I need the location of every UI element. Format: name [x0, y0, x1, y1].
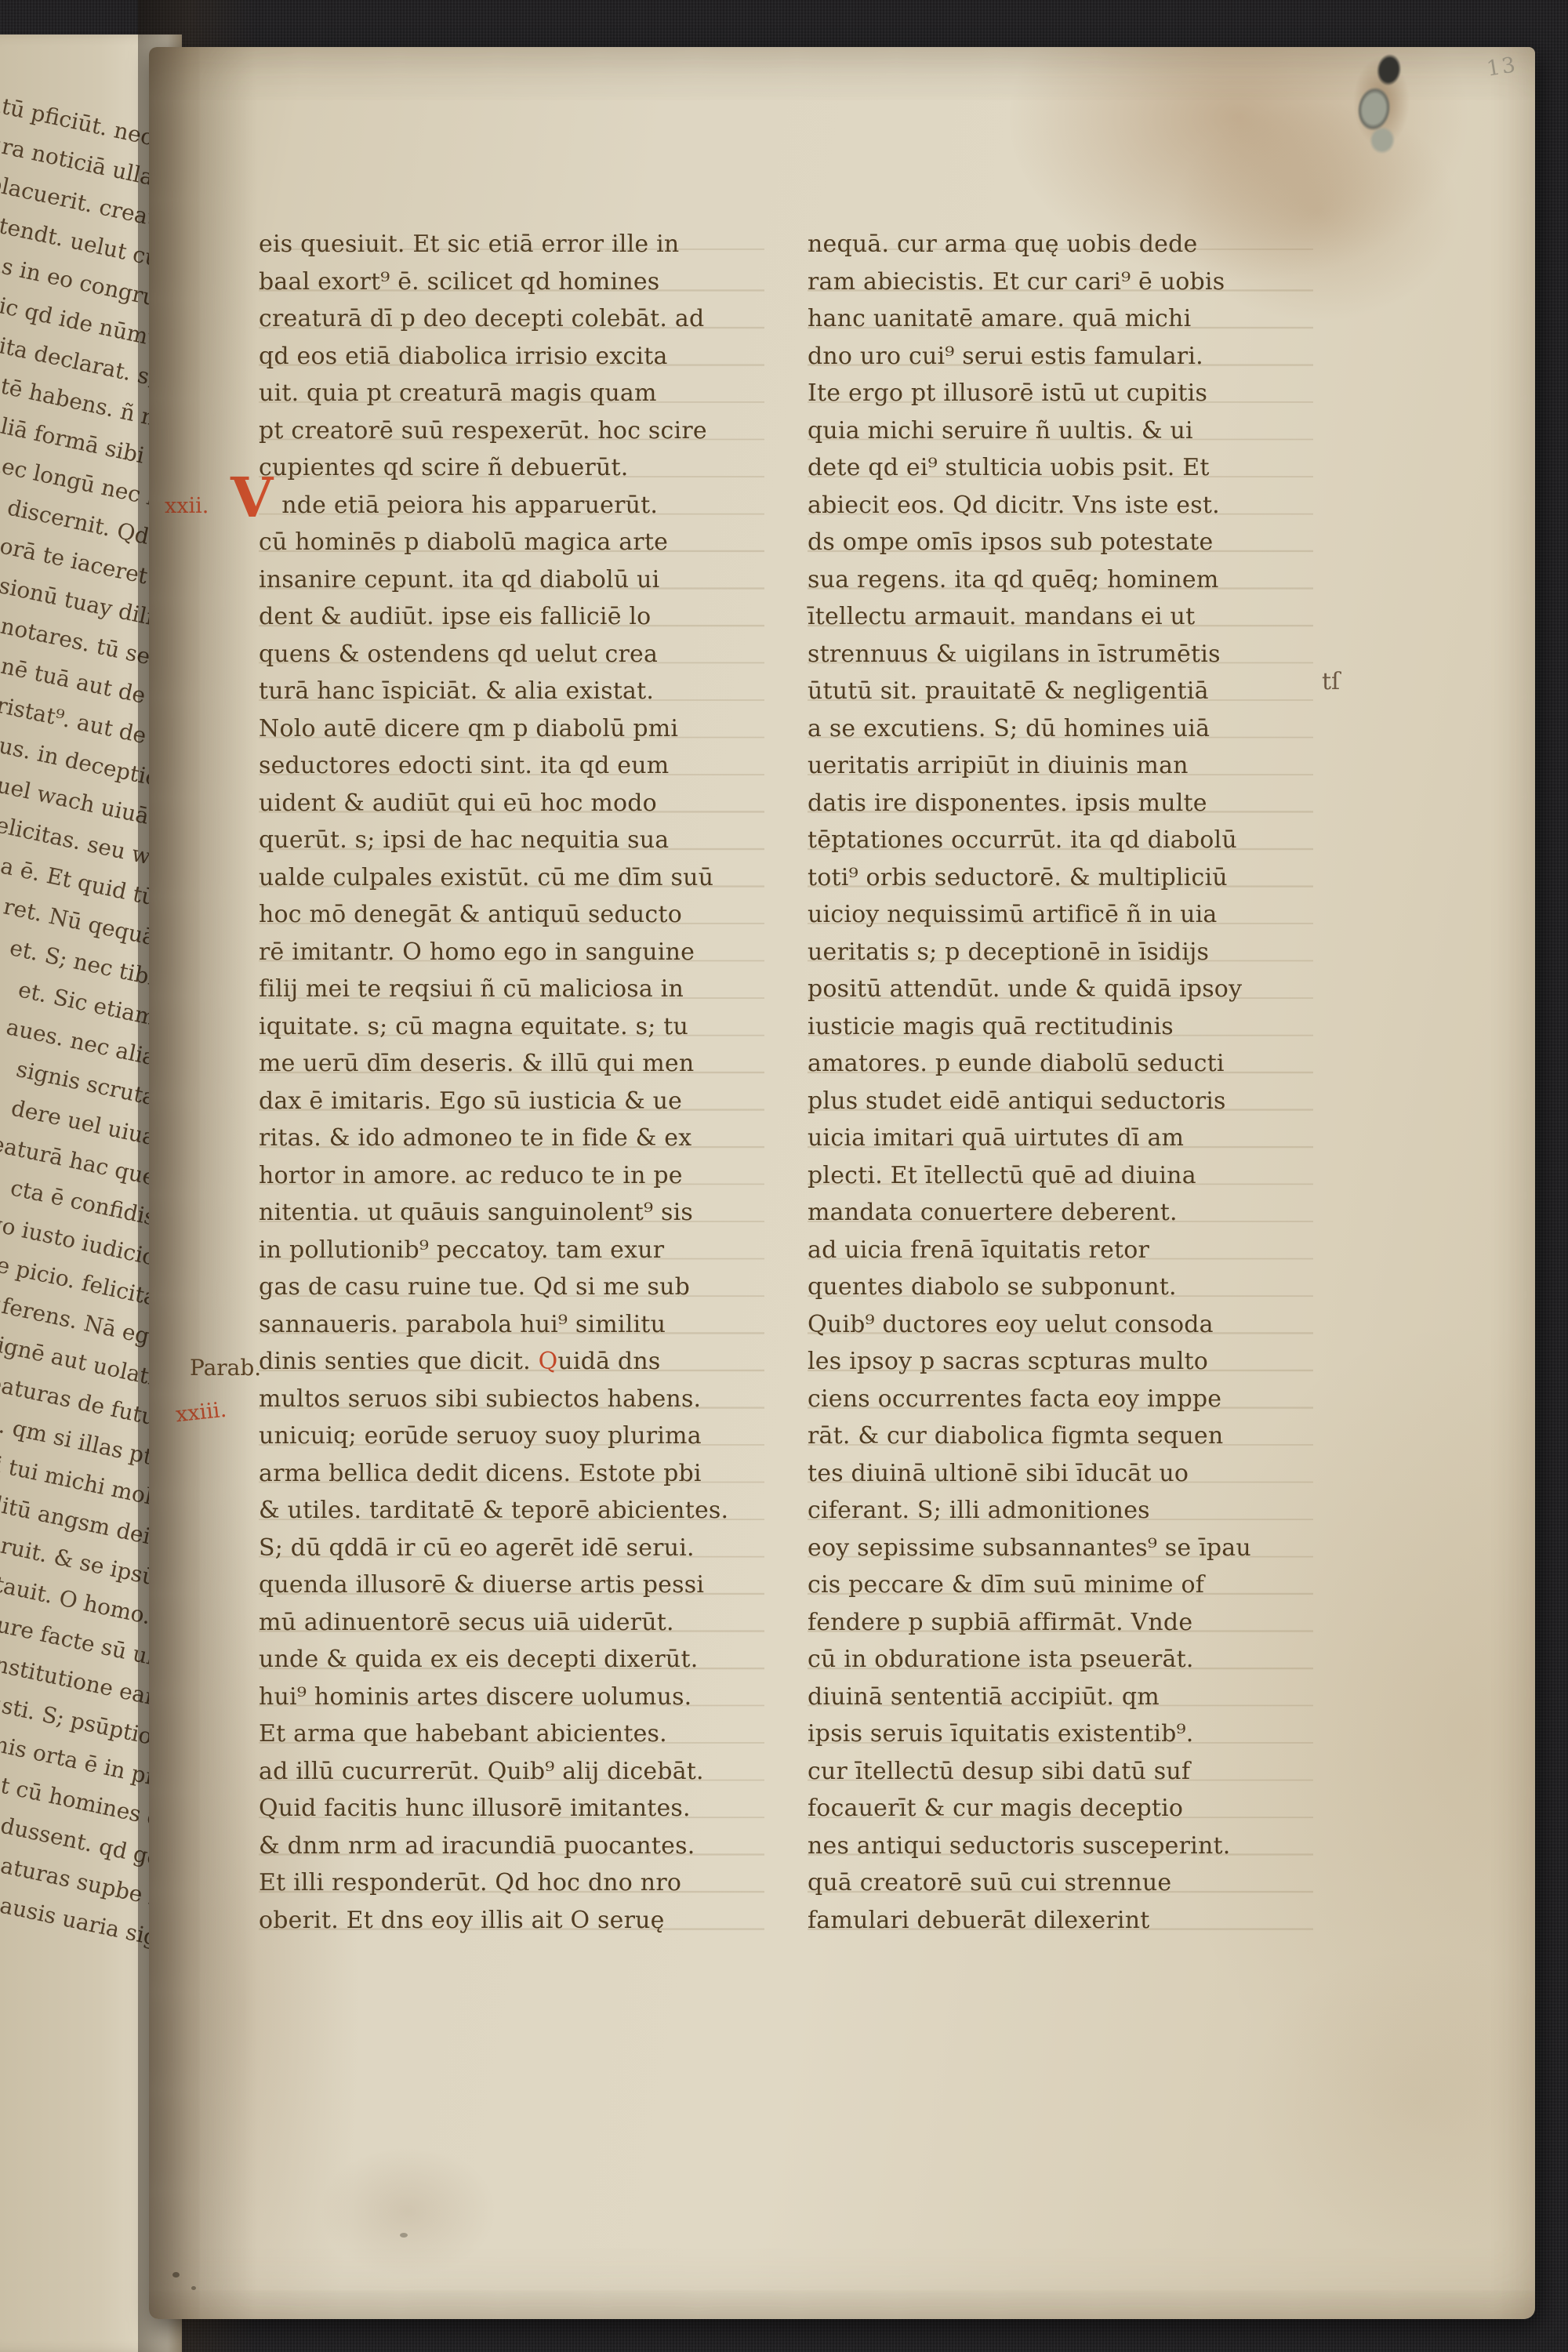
text-line: positū attendūt. unde & quidā ipsoy — [808, 971, 1313, 1008]
text-line: hortor in amore. ac reduco te in pe — [259, 1157, 764, 1195]
text-line: strennuus & uigilans in īstrumētis — [808, 636, 1313, 673]
text-line: S; dū qddā ir cū eo agerēt idē serui. — [259, 1530, 764, 1567]
text-line: dete qd ei⁹ stulticia uobis psit. Et — [808, 449, 1313, 487]
text-line: sannaueris. parabola hui⁹ similitu — [259, 1306, 764, 1344]
text-line: les ipsoy p sacras scpturas multo — [808, 1343, 1313, 1381]
text-line: insanire cepunt. ita qd diabolū ui — [259, 561, 764, 599]
text-line: & utiles. tarditatē & teporē abicientes. — [259, 1492, 764, 1530]
text-line: pt creatorē suū respexerūt. hoc scire — [259, 412, 764, 450]
text-line: seductores edocti sint. ita qd eum — [259, 747, 764, 785]
text-line: ad illū cucurrerūt. Quib⁹ alij dicebāt. — [259, 1753, 764, 1791]
text-line: unde & quida ex eis decepti dixerūt. — [259, 1641, 764, 1679]
text-line: dinis senties que dicit. Quidā dns — [259, 1343, 764, 1381]
text-line: uident & audiūt qui eū hoc modo — [259, 785, 764, 822]
text-line: iusticie magis quā rectitudinis — [808, 1008, 1313, 1046]
text-line: amatores. p eunde diabolū seducti — [808, 1045, 1313, 1083]
text-line: gas de casu ruine tue. Qd si me sub — [259, 1269, 764, 1306]
ink-speck — [172, 2272, 180, 2278]
text-line: ciferant. S; illi admonitiones — [808, 1492, 1313, 1530]
text-line: creaturā dī p deo decepti colebāt. ad — [259, 300, 764, 338]
text-line: quā creatorē suū cui strennue — [808, 1864, 1313, 1902]
text-line: uit. quia pt creaturā magis quam — [259, 375, 764, 412]
text-line: plecti. Et ītellectū quē ad diuina — [808, 1157, 1313, 1195]
text-line: uicia imitari quā uirtutes dī am — [808, 1120, 1313, 1157]
text-line: qd eos etiā diabolica irrisio excita — [259, 338, 764, 376]
text-line: ueritatis s; p deceptionē in īsidijs — [808, 934, 1313, 971]
text-line: hoc mō denegāt & antiquū seducto — [259, 896, 764, 934]
text-line: mandata conuertere deberent. — [808, 1194, 1313, 1232]
text-line: Quib⁹ ductores eoy uelut consoda — [808, 1306, 1313, 1344]
text-segment: uidā dns — [557, 1348, 660, 1375]
text-line: nde etiā peiora his apparuerūt. — [259, 487, 764, 524]
text-line: nitentia. ut quāuis sanguinolent⁹ sis — [259, 1194, 764, 1232]
text-line: hui⁹ hominis artes discere uolumus. — [259, 1679, 764, 1716]
text-line: a se excutiens. S; dū homines uiā — [808, 710, 1313, 748]
text-line: famulari debuerāt dilexerint — [808, 1902, 1313, 1940]
manuscript-page: 13 V xxii. Parab. xxiii. tſ eis quesiuit… — [149, 47, 1535, 2319]
text-line: ds ompe omīs ipsos sub potestate — [808, 524, 1313, 561]
text-line: multos seruos sibi subiectos habens. — [259, 1381, 764, 1418]
text-line: cupientes qd scire ñ debuerūt. — [259, 449, 764, 487]
text-line: diuinā sententiā accipiūt. qm — [808, 1679, 1313, 1716]
text-line: toti⁹ orbis seductorē. & multipliciū — [808, 859, 1313, 897]
text-line: nequā. cur arma quę uobis dede — [808, 226, 1313, 263]
margin-chapter-number-xxii: xxii. — [165, 494, 209, 518]
text-line: tes diuinā ultionē sibi īducāt uo — [808, 1455, 1313, 1493]
text-line: arma bellica dedit dicens. Estote pbi — [259, 1455, 764, 1493]
text-line: baal exort⁹ ē. scilicet qd homines — [259, 263, 764, 301]
text-line: Quid facitis hunc illusorē imitantes. — [259, 1790, 764, 1828]
text-line: & dnm nrm ad iracundiā puocantes. — [259, 1828, 764, 1865]
text-line: me uerū dīm deseris. & illū qui men — [259, 1045, 764, 1083]
text-line: ciens occurrentes facta eoy imppe — [808, 1381, 1313, 1418]
right-text-column: nequā. cur arma quę uobis dederam abieci… — [808, 226, 1313, 1943]
text-line: eis quesiuit. Et sic etiā error ille in — [259, 226, 764, 263]
text-line: cis peccare & dīm suū minime of — [808, 1566, 1313, 1604]
text-line: ūtutū sit. prauitatē & negligentiā — [808, 673, 1313, 710]
text-line: uicioy nequissimū artificē ñ in uia — [808, 896, 1313, 934]
text-line: Ite ergo pt illusorē istū ut cupitis — [808, 375, 1313, 412]
text-line: iquitate. s; cū magna equitate. s; tu — [259, 1008, 764, 1046]
text-line: quia michi seruire ñ uultis. & ui — [808, 412, 1313, 450]
text-line: quens & ostendens qd uelut crea — [259, 636, 764, 673]
rubric-initial: Q — [539, 1348, 558, 1375]
text-line: rē imitantr. O homo ego in sanguine — [259, 934, 764, 971]
text-line: cū in obduratione ista pseuerāt. — [808, 1641, 1313, 1679]
text-line: querūt. s; ipsi de hac nequitia sua — [259, 822, 764, 859]
text-line: unicuiq; eorūde seruoy suoy plurima — [259, 1417, 764, 1455]
text-line: cū hominēs p diabolū magica arte — [259, 524, 764, 561]
facing-page-text: ntū pficiūt. nec ulli⁹ rei inura noticiā… — [0, 121, 166, 1960]
manuscript-photo: ntū pficiūt. nec ulli⁹ rei inura noticiā… — [0, 0, 1568, 2352]
text-line: quentes diabolo se subponunt. — [808, 1269, 1313, 1306]
text-line: turā hanc īspiciāt. & alia existat. — [259, 673, 764, 710]
text-line: eoy sepissime subsannantes⁹ se īpau — [808, 1530, 1313, 1567]
text-line: oberit. Et dns eoy illis ait O seruę — [259, 1902, 764, 1940]
text-line: ītellectu armauit. mandans ei ut — [808, 598, 1313, 636]
text-line: ueritatis arripiūt in diuinis man — [808, 747, 1313, 785]
text-line: nes antiqui seductoris susceperint. — [808, 1828, 1313, 1865]
text-line: Et arma que habebant abicientes. — [259, 1715, 764, 1753]
text-line: tēptationes occurrūt. ita qd diabolū — [808, 822, 1313, 859]
text-line: ritas. & ido admoneo te in fide & ex — [259, 1120, 764, 1157]
text-line: abiecit eos. Qd dicitr. Vns iste est. — [808, 487, 1313, 524]
folio-number: 13 — [1485, 46, 1559, 82]
text-line: dno uro cui⁹ serui estis famulari. — [808, 338, 1313, 376]
text-line: ad uicia frenā īquitatis retor — [808, 1232, 1313, 1269]
text-line: ualde culpales existūt. cū me dīm suū — [259, 859, 764, 897]
text-line: plus studet eidē antiqui seductoris — [808, 1083, 1313, 1120]
ink-speck — [191, 2286, 196, 2290]
text-line: dent & audiūt. ipse eis falliciē lo — [259, 598, 764, 636]
left-text-column: eis quesiuit. Et sic etiā error ille inb… — [259, 226, 764, 1943]
text-line: quenda illusorē & diuerse artis pessi — [259, 1566, 764, 1604]
text-line: hanc uanitatē amare. quā michi — [808, 300, 1313, 338]
text-line: datis ire disponentes. ipsis multe — [808, 785, 1313, 822]
text-line: cur ītellectū desup sibi datū suf — [808, 1753, 1313, 1791]
text-line: rāt. & cur diabolica figmta sequen — [808, 1417, 1313, 1455]
text-line: dax ē imitaris. Ego sū iusticia & ue — [259, 1083, 764, 1120]
text-segment: dinis senties que dicit. — [259, 1348, 539, 1375]
text-line: ram abiecistis. Et cur cari⁹ ē uobis — [808, 263, 1313, 301]
text-line: fendere p supbiā affirmāt. Vnde — [808, 1604, 1313, 1642]
text-line: Nolo autē dicere qm p diabolū pmi — [259, 710, 764, 748]
text-line: mū adinuentorē secus uiā uiderūt. — [259, 1604, 764, 1642]
margin-parab-label: Parab. — [190, 1355, 261, 1381]
margin-nota-mark: tſ — [1322, 668, 1340, 695]
text-line: in pollutionib⁹ peccatoy. tam exur — [259, 1232, 764, 1269]
text-line: ipsis seruis īquitatis existentib⁹. — [808, 1715, 1313, 1753]
text-line: filij mei te reqsiui ñ cū maliciosa in — [259, 971, 764, 1008]
text-line: sua regens. ita qd quēq; hominem — [808, 561, 1313, 599]
ink-speck — [400, 2233, 408, 2238]
text-line: Et illi responderūt. Qd hoc dno nro — [259, 1864, 764, 1902]
margin-parab-number-xxiii: xxiii. — [175, 1398, 228, 1428]
text-line: focauerīt & cur magis deceptio — [808, 1790, 1313, 1828]
